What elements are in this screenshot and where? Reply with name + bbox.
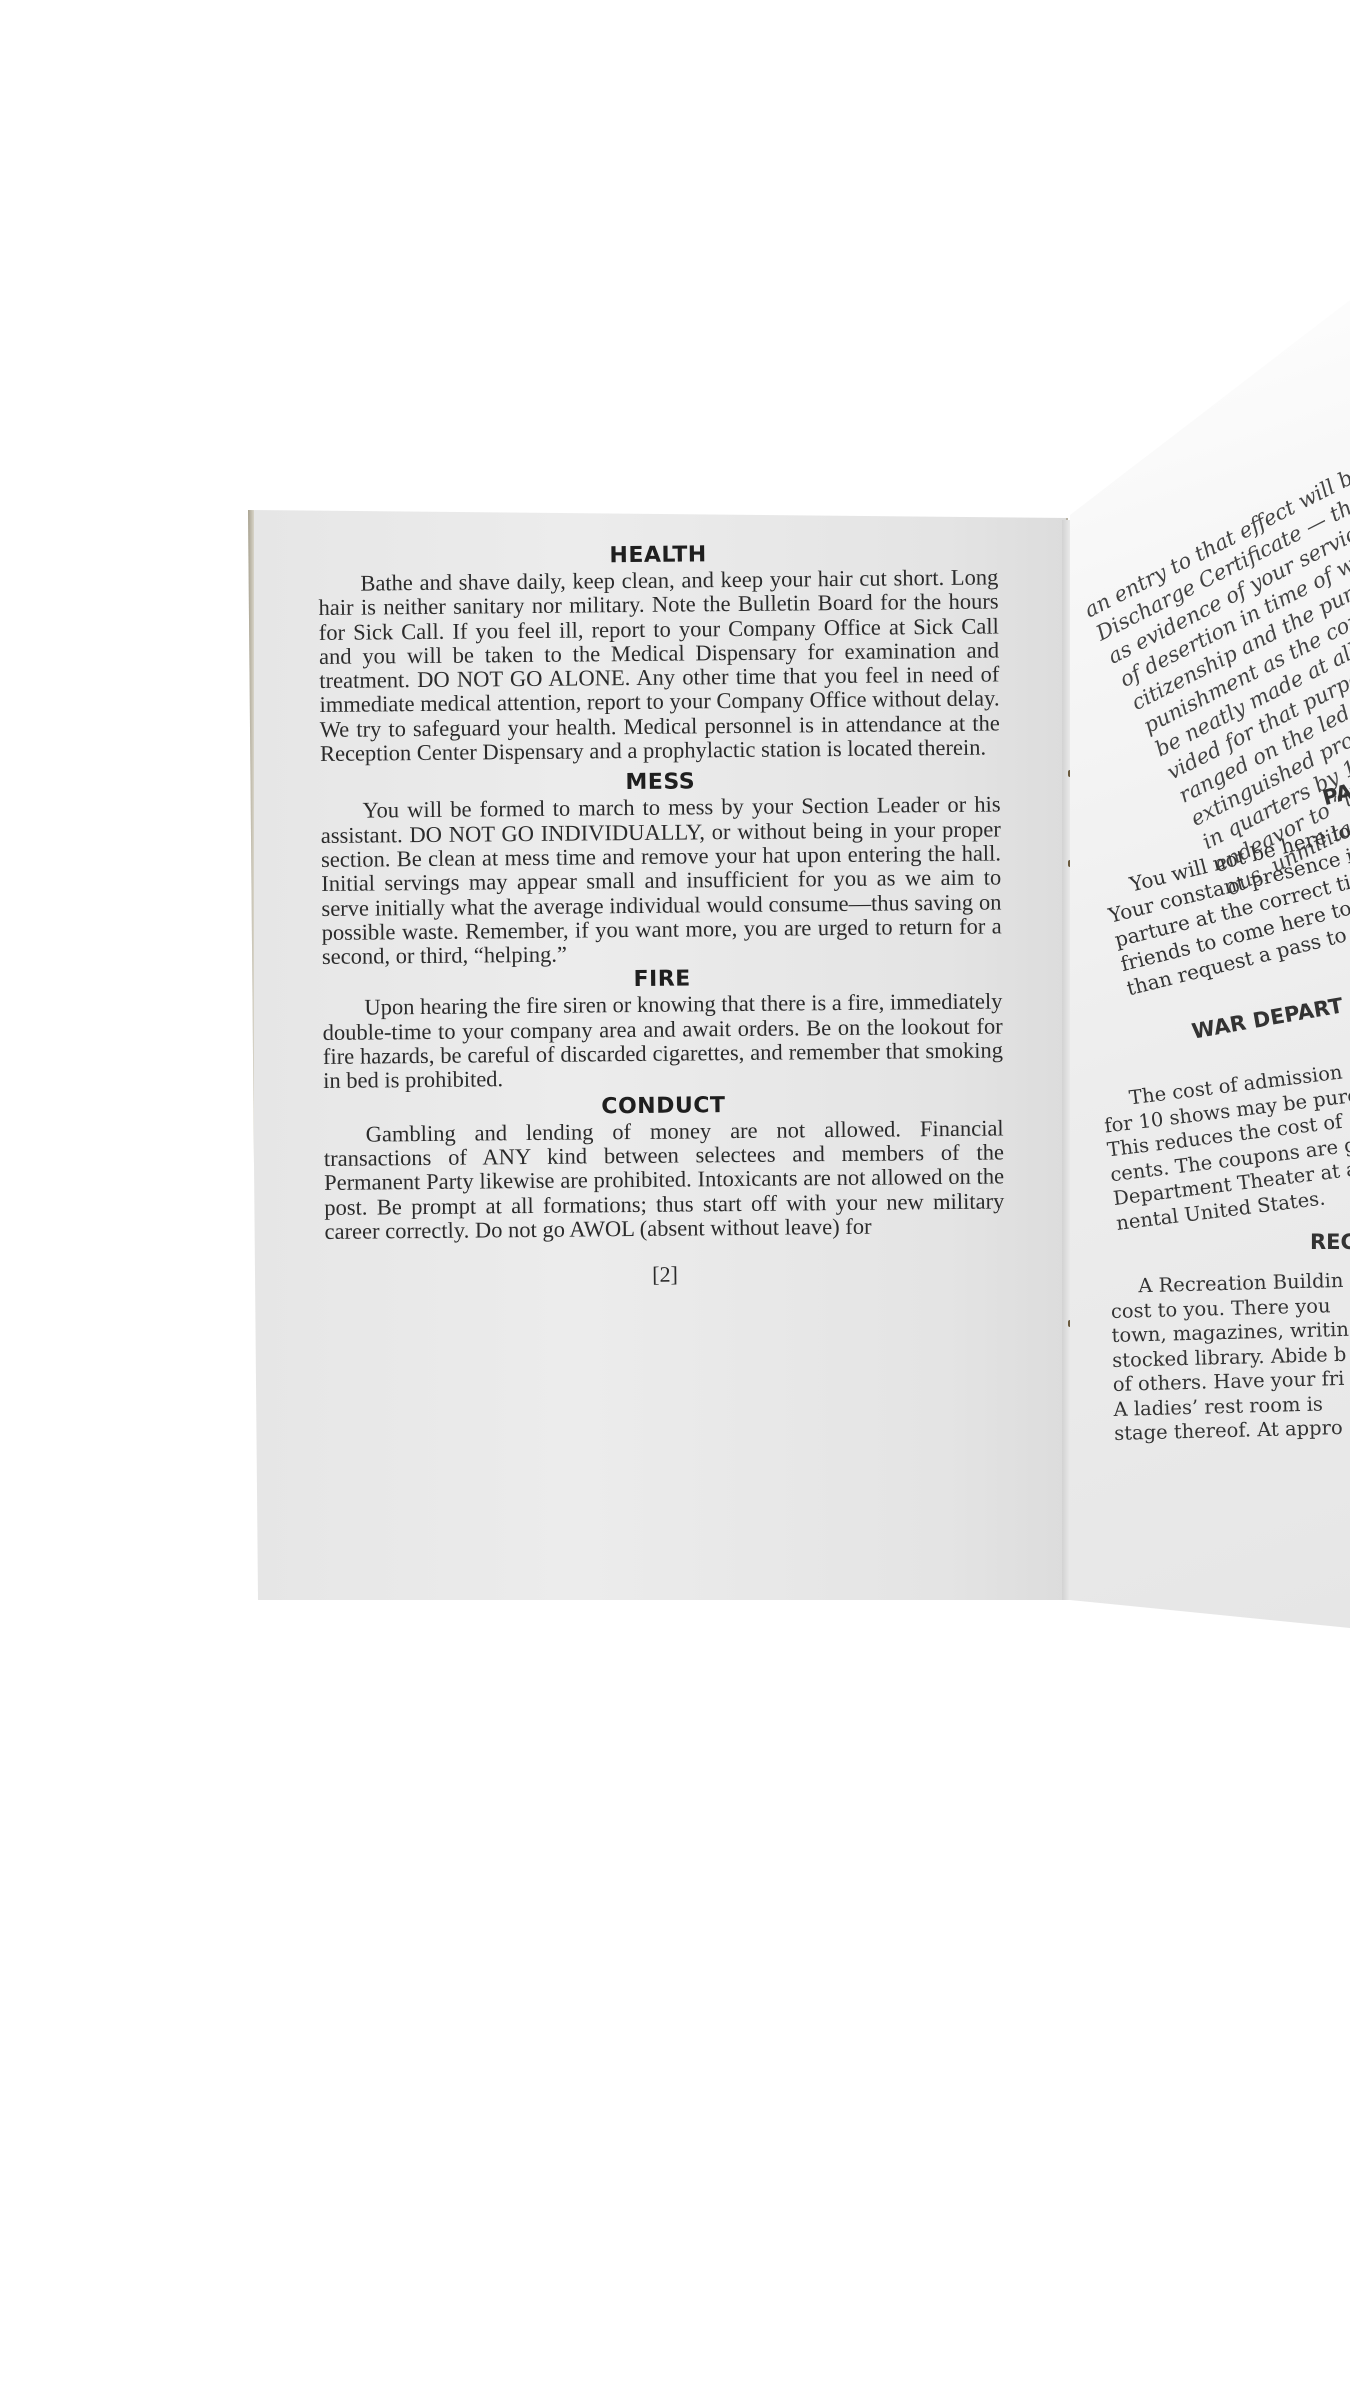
section-heading-war-department: WAR DEPART: [1190, 993, 1345, 1043]
section-body-fire: Upon hearing the fire siren or knowing t…: [322, 990, 1003, 1094]
text-line: stage thereof. At appro: [1114, 1416, 1350, 1447]
right-page: an entry to that effect will be a Discha…: [1070, 300, 1350, 1630]
section-body-mess: You will be formed to march to mess by y…: [320, 793, 1002, 970]
page-number: [2]: [325, 1260, 1005, 1291]
section-body-conduct: Gambling and lending of money are not al…: [324, 1116, 1005, 1244]
section-body-health: Bathe and shave daily, keep clean, and k…: [318, 565, 1000, 766]
section-body-recreation: A Recreation Buildin cost to you. There …: [1110, 1269, 1350, 1447]
section-body-war-department: The cost of admission for 10 shows may b…: [1100, 1057, 1350, 1236]
left-page: HEALTH Bathe and shave daily, keep clean…: [248, 510, 1068, 1600]
left-page-content: HEALTH Bathe and shave daily, keep clean…: [318, 538, 1005, 1290]
section-heading-recreation: REC: [1310, 1230, 1350, 1254]
page-edge: [248, 510, 254, 1600]
